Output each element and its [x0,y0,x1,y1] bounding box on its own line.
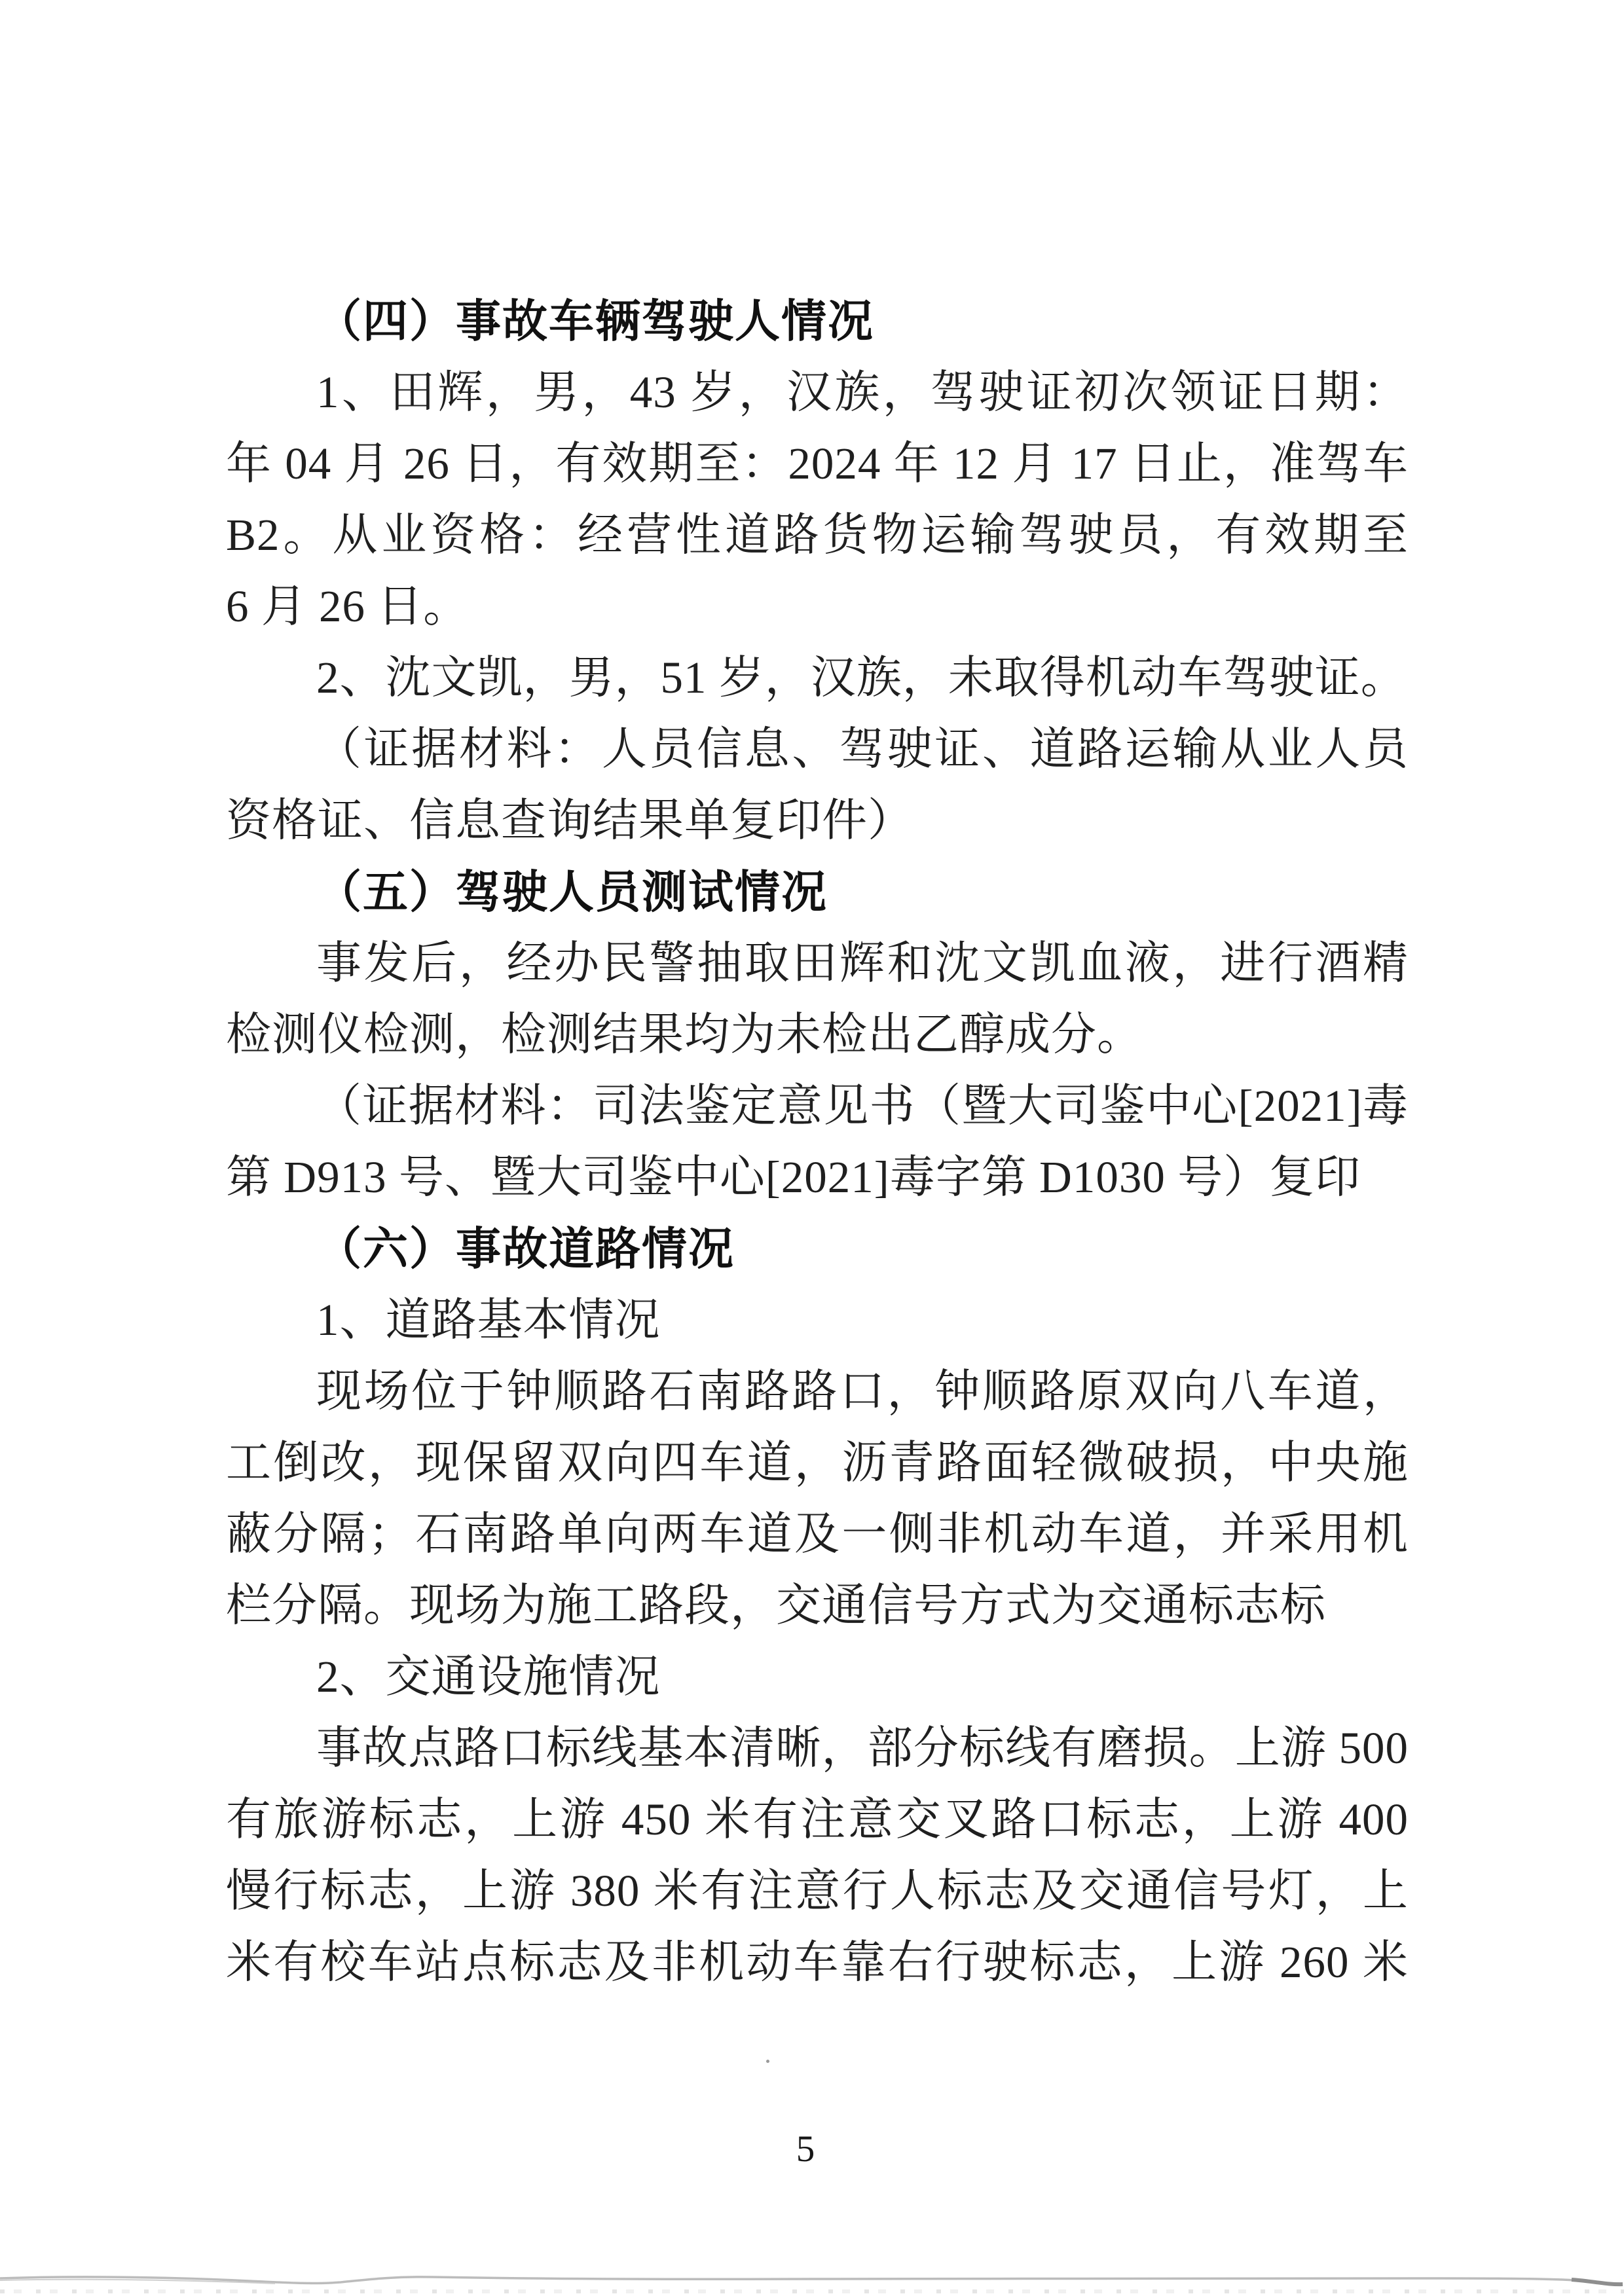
body-line-driver1-cont-1: 年 04 月 26 日，有效期至：2024 年 12 月 17 日止，准驾车型： [226,428,1409,500]
document-text-block: （四）事故车辆驾驶人情况 1、田辉，男，43 岁，汉族，驾驶证初次领证日期：19… [226,285,1409,1998]
page-number: 5 [0,2123,1611,2176]
body-line-test-start: 事发后，经办民警抽取田辉和沈文凯血液，进行酒精含量 [226,928,1409,999]
scan-speck [766,2060,769,2063]
heading-section-6: （六）事故道路情况 [226,1213,1409,1285]
body-line-driver1-cont-2: B2。从业资格：经营性道路货物运输驾驶员，有效期至 2025 年 [226,500,1409,571]
body-line-facilities-cont-3: 米有校车站点标志及非机动车靠右行驶标志，上游 260 米有施 [226,1927,1409,1998]
body-line-road-cont-2: 蔽分隔；石南路单向两车道及一侧非机动车道，并采用机非护 [226,1499,1409,1570]
body-line-test-end: 检测仪检测，检测结果均为未检出乙醇成分。 [226,999,1409,1070]
body-line-evidence1-start: （证据材料：人员信息、驾驶证、道路运输从业人员从业 [226,714,1409,785]
body-line-evidence2-end: 第 D913 号、暨大司鉴中心[2021]毒字第 D1030 号）复印件) [226,1142,1409,1213]
body-line-driver2: 2、沈文凯，男，51 岁，汉族，未取得机动车驾驶证。 [226,642,1409,714]
heading-section-4: （四）事故车辆驾驶人情况 [226,285,1409,357]
scanned-document-page: （四）事故车辆驾驶人情况 1、田辉，男，43 岁，汉族，驾驶证初次领证日期：19… [0,0,1624,2296]
heading-section-5: （五）驾驶人员测试情况 [226,856,1409,928]
scan-noise-row [0,2289,1624,2293]
body-line-road-cont-1: 工倒改，现保留双向四车道，沥青路面轻微破损，中央施工围 [226,1427,1409,1499]
subheading-traffic-facilities: 2、交通设施情况 [226,1641,1409,1713]
body-line-evidence1-end: 资格证、信息查询结果单复印件） [226,785,1409,856]
body-line-facilities-start: 事故点路口标线基本清晰，部分标线有磨损。上游 500 米 [226,1713,1409,1784]
body-line-driver1-end: 6 月 26 日。 [226,571,1409,642]
body-line-road-start: 现场位于钟顺路石南路路口，钟顺路原双向八车道，因施 [226,1356,1409,1427]
body-line-road-end: 栏分隔。现场为施工路段，交通信号方式为交通标志标线。 [226,1570,1409,1641]
subheading-road-basic: 1、道路基本情况 [226,1285,1409,1356]
body-line-facilities-cont-1: 有旅游标志，上游 450 米有注意交叉路口标志，上游 400 米有 [226,1784,1409,1855]
body-line-evidence2-start: （证据材料：司法鉴定意见书（暨大司鉴中心[2021]毒字 [226,1070,1409,1142]
body-line-facilities-cont-2: 慢行标志，上游 380 米有注意行人标志及交通信号灯，上游 340 [226,1855,1409,1927]
body-line-driver1-start: 1、田辉，男，43 岁，汉族，驾驶证初次领证日期：1978 [226,357,1409,428]
